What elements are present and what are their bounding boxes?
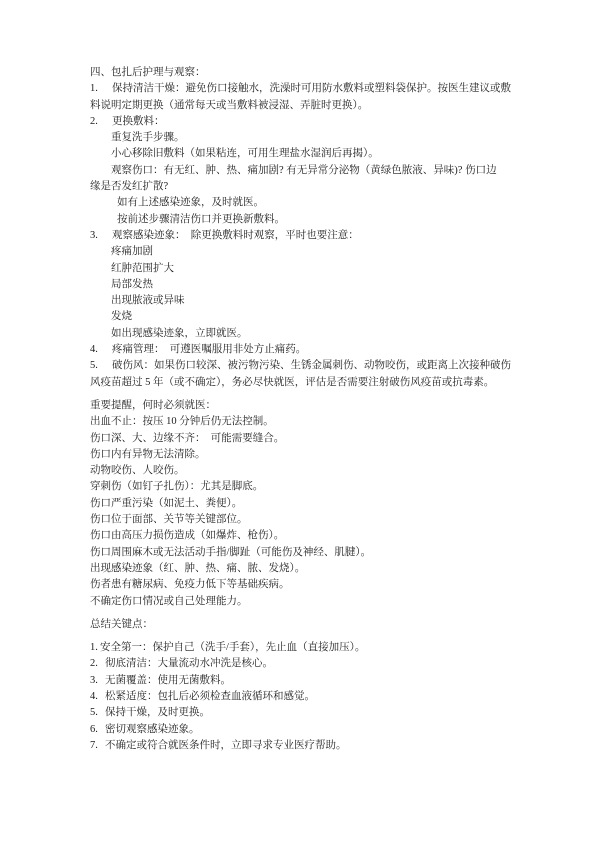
list-marker: 5. xyxy=(90,705,105,721)
text-line: 小心移除旧敷料（如果粘连，可用生理盐水湿润后再揭）。 xyxy=(90,146,510,162)
text-line: 5.破伤风：如果伤口较深、被污物污染、生锈金属刺伤、动物咬伤，或距离上次接种破伤 xyxy=(90,358,510,374)
list-marker: 5. xyxy=(90,358,112,374)
section-seek-medical-care: 重要提醒，何时必须就医：出血不止：按压 10 分钟后仍无法控制。伤口深、大、边缘… xyxy=(90,398,510,610)
text-line: 1.安全第一：保护自己（洗手/手套），先止血（直接加压）。 xyxy=(90,640,510,656)
text-line: 5.保持干燥，及时更换。 xyxy=(90,705,510,721)
text-line: 总结关键点： xyxy=(90,617,510,633)
list-marker: 2. xyxy=(90,656,105,672)
list-marker: 2. xyxy=(90,114,112,130)
text-line: 缘是否发红扩散? xyxy=(90,179,510,195)
text-line: 局部发热 xyxy=(90,277,510,293)
text-line: 伤口由高压力损伤造成（如爆炸、枪伤）。 xyxy=(90,528,510,544)
text-line: 风疫苗超过 5 年（或不确定），务必尽快就医，评估是否需要注射破伤风疫苗或抗毒素… xyxy=(90,375,510,391)
text-line: 1.保持清洁干燥：避免伤口接触水，洗澡时可用防水敷料或塑料袋保护。按医生建议或敷 xyxy=(90,81,510,97)
text-line: 重复洗手步骤。 xyxy=(90,130,510,146)
section-aftercare: 四、包扎后护理与观察：1.保持清洁干燥：避免伤口接触水，洗澡时可用防水敷料或塑料… xyxy=(90,65,510,391)
text-line: 动物咬伤、人咬伤。 xyxy=(90,463,510,479)
list-marker: 3. xyxy=(90,673,105,689)
text-line: 发烧 xyxy=(90,309,510,325)
text-line: 3.无菌覆盖：使用无菌敷料。 xyxy=(90,673,510,689)
list-marker: 3. xyxy=(90,228,112,244)
section-summary-list: 1.安全第一：保护自己（洗手/手套），先止血（直接加压）。2.彻底清洁：大量流动… xyxy=(90,640,510,754)
text-line: 疼痛加剧 xyxy=(90,244,510,260)
text-line: 四、包扎后护理与观察： xyxy=(90,65,510,81)
list-marker: 1. xyxy=(90,81,112,97)
text-line: 按前述步骤清洁伤口并更换新敷料。 xyxy=(90,212,510,228)
list-marker: 4. xyxy=(90,689,105,705)
text-line: 红肿范围扩大 xyxy=(90,261,510,277)
document-content: 四、包扎后护理与观察：1.保持清洁干燥：避免伤口接触水，洗澡时可用防水敷料或塑料… xyxy=(90,65,510,754)
text-line: 伤口深、大、边缘不齐： 可能需要缝合。 xyxy=(90,431,510,447)
text-line: 出现脓液或异味 xyxy=(90,293,510,309)
list-marker: 4. xyxy=(90,342,112,358)
text-line: 6.密切观察感染迹象。 xyxy=(90,722,510,738)
text-line: 重要提醒，何时必须就医： xyxy=(90,398,510,414)
list-marker: 6. xyxy=(90,722,105,738)
text-line: 伤口严重污染（如泥土、粪便）。 xyxy=(90,496,510,512)
list-marker: 7. xyxy=(90,738,105,754)
text-line: 伤口周围麻木或无法活动手指/脚趾（可能伤及神经、肌腱）。 xyxy=(90,545,510,561)
list-marker: 1. xyxy=(90,640,100,656)
text-line: 如有上述感染迹象，及时就医。 xyxy=(90,195,510,211)
text-line: 如出现感染迹象，立即就医。 xyxy=(90,326,510,342)
text-line: 伤口位于面部、关节等关键部位。 xyxy=(90,512,510,528)
text-line: 伤口内有异物无法清除。 xyxy=(90,447,510,463)
text-line: 3.观察感染迹象： 除更换敷料时观察，平时也要注意： xyxy=(90,228,510,244)
text-line: 出血不止：按压 10 分钟后仍无法控制。 xyxy=(90,414,510,430)
text-line: 出现感染迹象（红、肿、热、痛、脓、发烧）。 xyxy=(90,561,510,577)
text-line: 2.更换敷料： xyxy=(90,114,510,130)
text-line: 穿刺伤（如钉子扎伤）：尤其是脚底。 xyxy=(90,479,510,495)
text-line: 2.彻底清洁：大量流动水冲洗是核心。 xyxy=(90,656,510,672)
text-line: 料说明定期更换（通常每天或当敷料被浸湿、弄脏时更换）。 xyxy=(90,98,510,114)
text-line: 伤者患有糖尿病、免疫力低下等基础疾病。 xyxy=(90,577,510,593)
text-line: 观察伤口：有无红、肿、热、痛加剧? 有无异常分泌物（黄绿色脓液、异味)? 伤口边 xyxy=(90,163,510,179)
text-line: 4.疼痛管理： 可遵医嘱服用非处方止痛药。 xyxy=(90,342,510,358)
text-line: 不确定伤口情况或自己处理能力。 xyxy=(90,594,510,610)
section-summary-heading: 总结关键点： xyxy=(90,617,510,633)
text-line: 4.松紧适度：包扎后必须检查血液循环和感觉。 xyxy=(90,689,510,705)
document-page: 四、包扎后护理与观察：1.保持清洁干燥：避免伤口接触水，洗澡时可用防水敷料或塑料… xyxy=(0,0,595,841)
text-line: 7.不确定或符合就医条件时，立即寻求专业医疗帮助。 xyxy=(90,738,510,754)
